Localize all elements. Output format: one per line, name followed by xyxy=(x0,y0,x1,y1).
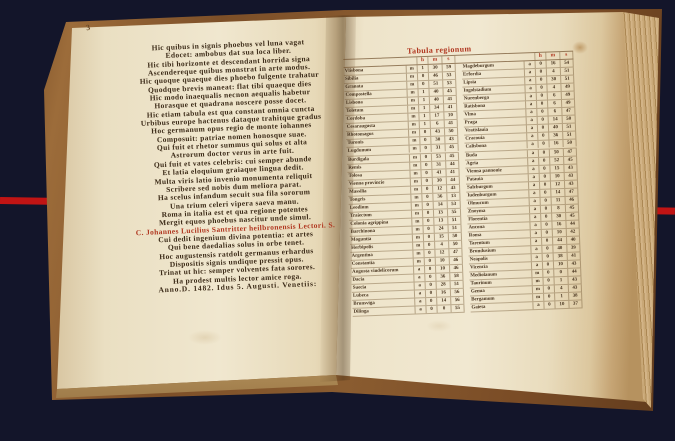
minutes-value: 24 xyxy=(434,225,448,233)
hours-value: 0 xyxy=(425,290,436,297)
seconds-value: 43 xyxy=(567,277,581,285)
add-subtract-letter: m xyxy=(412,234,423,241)
add-subtract-letter: a xyxy=(527,149,538,156)
add-subtract-letter: a xyxy=(413,266,424,273)
add-subtract-letter: m xyxy=(409,170,420,177)
hours-value: 0 xyxy=(542,270,553,277)
add-subtract-letter: a xyxy=(529,222,540,229)
seconds-value: 44 xyxy=(446,176,460,184)
add-subtract-letter: a xyxy=(528,190,539,197)
hours-value: 0 xyxy=(538,149,549,156)
seconds-value: 43 xyxy=(444,136,458,144)
hours-value: 0 xyxy=(425,282,436,289)
header-hours: h xyxy=(534,53,545,60)
header-seconds: s xyxy=(559,52,573,60)
add-subtract-letter: m xyxy=(407,89,418,96)
add-subtract-letter: m xyxy=(409,146,420,153)
add-subtract-letter: m xyxy=(532,286,543,293)
hours-value: 0 xyxy=(538,165,549,172)
hours-value: 0 xyxy=(542,262,553,269)
verse-text-block: Hic quibus in signis phoebus vel luna va… xyxy=(112,37,354,296)
hours-value: 0 xyxy=(541,238,552,245)
hours-value: 0 xyxy=(420,153,431,160)
minutes-value: 40 xyxy=(429,97,443,105)
add-subtract-letter: a xyxy=(525,109,536,116)
header-seconds: s xyxy=(441,56,455,64)
hours-value: 0 xyxy=(422,210,433,217)
hours-value: 0 xyxy=(537,133,548,140)
minutes-value: 10 xyxy=(554,301,568,309)
seconds-value: 45 xyxy=(445,152,459,160)
minutes-value: 41 xyxy=(431,169,445,177)
seconds-value: 51 xyxy=(562,124,576,132)
region-name: Dilinga xyxy=(353,307,415,316)
minutes-value: 38 xyxy=(553,253,567,261)
add-subtract-letter: a xyxy=(414,299,425,306)
seconds-value: 43 xyxy=(446,185,460,193)
seconds-value: 45 xyxy=(563,156,577,164)
seconds-value: 43 xyxy=(564,172,578,180)
minutes-value: 10 xyxy=(435,257,449,265)
minutes-value: 10 xyxy=(550,173,564,181)
hours-value: 0 xyxy=(541,229,552,236)
minutes-value: 30 xyxy=(551,213,565,221)
minutes-value: 46 xyxy=(428,72,442,80)
seconds-value: 53 xyxy=(442,80,456,88)
hours-value: 0 xyxy=(425,306,436,313)
hours-value: 0 xyxy=(539,173,550,180)
minutes-value: 6 xyxy=(547,108,561,116)
hours-value: 0 xyxy=(420,145,431,152)
seconds-value: 51 xyxy=(447,217,461,225)
add-subtract-letter: a xyxy=(529,214,540,221)
add-subtract-letter: m xyxy=(406,73,417,80)
verse-part-1: Hic quibus in signis phoebus vel luna va… xyxy=(112,37,351,230)
hours-value: 0 xyxy=(542,278,553,285)
hours-value: 0 xyxy=(540,197,551,204)
add-subtract-letter: m xyxy=(409,154,420,161)
hours-value: 0 xyxy=(420,161,431,168)
hours-value: 0 xyxy=(541,246,552,253)
seconds-value: 41 xyxy=(443,96,457,104)
seconds-value: 38 xyxy=(568,293,582,301)
seconds-value: 51 xyxy=(447,225,461,233)
add-subtract-letter: a xyxy=(524,77,535,84)
seconds-value: 51 xyxy=(562,132,576,140)
seconds-value: 43 xyxy=(563,164,577,172)
minutes-value: 30 xyxy=(428,64,442,72)
minutes-value: 36 xyxy=(432,193,446,201)
add-subtract-letter: m xyxy=(411,202,422,209)
add-subtract-letter: m xyxy=(407,97,418,104)
seconds-value: 42 xyxy=(566,228,580,236)
hours-value: 0 xyxy=(540,213,551,220)
minutes-value: 11 xyxy=(551,197,565,205)
seconds-value: 39 xyxy=(566,245,580,253)
hours-value: 0 xyxy=(543,302,554,309)
add-subtract-letter: m xyxy=(413,258,424,265)
seconds-value: 40 xyxy=(566,236,580,244)
add-subtract-letter: m xyxy=(408,122,419,129)
minutes-value: 1 xyxy=(553,277,567,285)
header-minutes: m xyxy=(545,52,559,60)
minutes-value: 6 xyxy=(547,92,561,100)
minutes-value: 34 xyxy=(429,105,443,113)
add-subtract-letter: m xyxy=(412,250,423,257)
minutes-value: 40 xyxy=(428,89,442,97)
add-subtract-letter: a xyxy=(531,254,542,261)
seconds-value: 45 xyxy=(565,204,579,212)
seconds-value: 49 xyxy=(560,84,574,92)
hours-value: 0 xyxy=(535,69,546,76)
seconds-value: 54 xyxy=(560,60,574,68)
hours-value: 0 xyxy=(537,141,548,148)
hours-value: 0 xyxy=(542,254,553,261)
seconds-value: 50 xyxy=(448,241,462,249)
minutes-value: 10 xyxy=(435,265,449,273)
minutes-value: 6 xyxy=(547,100,561,108)
seconds-value: 45 xyxy=(445,144,459,152)
hours-value: 0 xyxy=(417,73,428,80)
add-subtract-letter: a xyxy=(531,262,542,269)
minutes-value: 14 xyxy=(550,189,564,197)
hours-value: 0 xyxy=(419,137,430,144)
add-subtract-letter: a xyxy=(529,198,540,205)
minutes-value: 51 xyxy=(428,80,442,88)
hours-value: 0 xyxy=(537,125,548,132)
hours-value: 0 xyxy=(539,181,550,188)
hours-value: 0 xyxy=(423,226,434,233)
seconds-value: 50 xyxy=(562,116,576,124)
minutes-value: 14 xyxy=(548,116,562,124)
seconds-value: 41 xyxy=(567,253,581,261)
header-name-spacer xyxy=(343,61,405,63)
minutes-value: 40 xyxy=(548,124,562,132)
hours-value: 0 xyxy=(419,129,430,136)
hours-value: 0 xyxy=(540,205,551,212)
seconds-value: 44 xyxy=(567,269,581,277)
add-subtract-letter: m xyxy=(412,226,423,233)
hours-value: 0 xyxy=(543,286,554,293)
add-subtract-letter: a xyxy=(413,274,424,281)
add-subtract-letter: a xyxy=(524,61,535,68)
region-name: Gaieta xyxy=(470,303,532,312)
seconds-value: 50 xyxy=(562,140,576,148)
add-subtract-letter: a xyxy=(528,182,539,189)
hours-value: 0 xyxy=(423,250,434,257)
add-subtract-letter: m xyxy=(531,270,542,277)
add-subtract-letter: m xyxy=(407,114,418,121)
add-subtract-letter: a xyxy=(414,290,425,297)
table-right-column: Magdeburgum a 0 16 54 Erfordia a 0 4 51 xyxy=(462,60,583,313)
header-hours: h xyxy=(416,57,427,64)
add-subtract-letter: m xyxy=(411,210,422,217)
minutes-value: 43 xyxy=(430,129,444,137)
seconds-value: 49 xyxy=(561,92,575,100)
minutes-value: 15 xyxy=(434,233,448,241)
minutes-value: 8 xyxy=(551,205,565,213)
hours-value: 0 xyxy=(421,194,432,201)
hours-value: 0 xyxy=(421,178,432,185)
minutes-value: 10 xyxy=(552,229,566,237)
hours-value: 1 xyxy=(419,121,430,128)
minutes-value: 31 xyxy=(431,145,445,153)
add-subtract-letter: a xyxy=(527,166,538,173)
seconds-value: 56 xyxy=(450,289,464,297)
seconds-value: 59 xyxy=(442,64,456,72)
seconds-value: 41 xyxy=(443,104,457,112)
seconds-value: 49 xyxy=(561,100,575,108)
add-subtract-letter: a xyxy=(526,133,537,140)
seconds-value: 46 xyxy=(565,196,579,204)
hours-value: 0 xyxy=(425,298,436,305)
add-subtract-letter: a xyxy=(526,125,537,132)
hours-value: 0 xyxy=(539,189,550,196)
seconds-value: 50 xyxy=(444,128,458,136)
seconds-value: 50 xyxy=(448,233,462,241)
hours-value: 0 xyxy=(536,109,547,116)
minutes-value: 40 xyxy=(552,245,566,253)
add-subtract-letter: a xyxy=(524,85,535,92)
minutes-value: 50 xyxy=(549,149,563,157)
add-subtract-letter: a xyxy=(528,174,539,181)
hours-value: 0 xyxy=(423,234,434,241)
hours-value: 0 xyxy=(423,242,434,249)
add-subtract-letter: m xyxy=(406,65,417,72)
add-subtract-letter: a xyxy=(530,230,541,237)
photo-open-incunabulum: 3 Hic quibus in signis phoebus vel luna … xyxy=(0,0,675,441)
add-subtract-letter: m xyxy=(412,242,423,249)
minutes-value: 36 xyxy=(435,273,449,281)
minutes-value: 31 xyxy=(431,161,445,169)
hours-value: 0 xyxy=(422,218,433,225)
add-subtract-letter: m xyxy=(408,138,419,145)
hours-value: 0 xyxy=(538,157,549,164)
hours-value: 0 xyxy=(536,101,547,108)
minutes-value: 1 xyxy=(554,293,568,301)
add-subtract-letter: a xyxy=(414,282,425,289)
hours-value: 0 xyxy=(537,117,548,124)
minutes-value: 30 xyxy=(432,177,446,185)
add-subtract-letter: m xyxy=(532,294,543,301)
add-subtract-letter: m xyxy=(410,194,421,201)
minutes-value: 12 xyxy=(432,185,446,193)
seconds-value: 45 xyxy=(442,88,456,96)
minutes-value: 52 xyxy=(549,157,563,165)
seconds-value: 37 xyxy=(568,301,582,309)
minutes-value: 0 xyxy=(553,269,567,277)
hours-value: 0 xyxy=(536,93,547,100)
hours-value: 0 xyxy=(420,169,431,176)
seconds-value: 41 xyxy=(444,120,458,128)
add-subtract-letter: a xyxy=(526,141,537,148)
seconds-value: 47 xyxy=(563,148,577,156)
minutes-value: 15 xyxy=(549,165,563,173)
minutes-value: 36 xyxy=(548,132,562,140)
hours-value: 0 xyxy=(421,186,432,193)
minutes-value: 13 xyxy=(433,209,447,217)
add-subtract-letter: a xyxy=(524,69,535,76)
seconds-value: 47 xyxy=(561,108,575,116)
hours-value: 0 xyxy=(543,294,554,301)
seconds-value: 45 xyxy=(565,212,579,220)
minutes-value: 6 xyxy=(430,121,444,129)
add-subtract-letter: a xyxy=(529,206,540,213)
seconds-value: 10 xyxy=(443,112,457,120)
seconds-value: 47 xyxy=(564,188,578,196)
seconds-value: 44 xyxy=(445,160,459,168)
minutes-value: 4 xyxy=(546,68,560,76)
add-subtract-letter: a xyxy=(530,238,541,245)
minutes-value: 12 xyxy=(550,181,564,189)
tabula-regionum-table: Tabula regionum h m s h m s xyxy=(343,42,583,318)
seconds-value: 13 xyxy=(446,193,460,201)
add-subtract-letter: a xyxy=(525,101,536,108)
table-left-column: Vlisbona m 1 30 59 Sibilia m 0 46 53 xyxy=(344,64,465,317)
add-subtract-letter: a xyxy=(525,93,536,100)
hours-value: 0 xyxy=(535,77,546,84)
add-subtract-letter: m xyxy=(408,130,419,137)
seconds-value: 58 xyxy=(449,273,463,281)
seconds-value: 46 xyxy=(449,265,463,273)
seconds-value: 51 xyxy=(560,68,574,76)
hours-value: 1 xyxy=(417,65,428,72)
seconds-value: 47 xyxy=(448,249,462,257)
seconds-value: 56 xyxy=(450,297,464,305)
hours-value: 0 xyxy=(535,85,546,92)
add-subtract-letter: a xyxy=(414,307,425,314)
hours-value: 0 xyxy=(540,221,551,228)
minutes-value: 16 xyxy=(551,221,565,229)
minutes-value: 13 xyxy=(433,217,447,225)
minutes-value: 30 xyxy=(430,137,444,145)
minutes-value: 30 xyxy=(546,76,560,84)
add-subtract-letter: a xyxy=(527,158,538,165)
minutes-value: 4 xyxy=(434,241,448,249)
hours-value: 1 xyxy=(418,97,429,104)
hours-value: 1 xyxy=(418,105,429,112)
hours-value: 0 xyxy=(535,61,546,68)
add-subtract-letter: m xyxy=(410,178,421,185)
minutes-value: 53 xyxy=(431,153,445,161)
minutes-value: 0 xyxy=(436,306,450,314)
add-subtract-letter: m xyxy=(532,278,543,285)
seconds-value: 55 xyxy=(447,209,461,217)
add-subtract-letter: m xyxy=(406,81,417,88)
hours-value: 0 xyxy=(424,258,435,265)
seconds-value: 44 xyxy=(565,220,579,228)
hours-value: 0 xyxy=(424,274,435,281)
minutes-value: 4 xyxy=(546,84,560,92)
add-subtract-letter: m xyxy=(409,162,420,169)
seconds-value: 43 xyxy=(564,180,578,188)
add-subtract-letter: a xyxy=(530,246,541,253)
hours-value: 0 xyxy=(424,266,435,273)
header-name-spacer xyxy=(461,57,523,59)
add-subtract-letter: m xyxy=(410,186,421,193)
seconds-value: 53 xyxy=(447,201,461,209)
seconds-value: 53 xyxy=(442,72,456,80)
hours-value: 1 xyxy=(418,113,429,120)
minutes-value: 16 xyxy=(546,60,560,68)
minutes-value: 17 xyxy=(429,113,443,121)
seconds-value: 41 xyxy=(445,168,459,176)
seconds-value: 43 xyxy=(567,261,581,269)
minutes-value: 16 xyxy=(548,141,562,149)
seconds-value: 43 xyxy=(568,285,582,293)
seconds-value: 46 xyxy=(449,257,463,265)
minutes-value: 16 xyxy=(436,290,450,298)
minutes-value: 4 xyxy=(554,285,568,293)
header-minutes: m xyxy=(427,56,441,64)
minutes-value: 10 xyxy=(553,261,567,269)
hours-value: 0 xyxy=(417,81,428,88)
hours-value: 1 xyxy=(417,89,428,96)
add-subtract-letter: a xyxy=(526,117,537,124)
minutes-value: 14 xyxy=(433,201,447,209)
seconds-value: 51 xyxy=(560,76,574,84)
seconds-value: 55 xyxy=(450,305,464,313)
add-subtract-letter: m xyxy=(411,218,422,225)
add-subtract-letter: m xyxy=(407,106,418,113)
minutes-value: 44 xyxy=(552,237,566,245)
minutes-value: 14 xyxy=(436,298,450,306)
minutes-value: 12 xyxy=(434,249,448,257)
seconds-value: 51 xyxy=(450,281,464,289)
add-subtract-letter: a xyxy=(532,302,543,309)
hours-value: 0 xyxy=(422,202,433,209)
table-body: Vlisbona m 1 30 59 Sibilia m 0 46 53 xyxy=(344,60,583,318)
minutes-value: 28 xyxy=(436,282,450,290)
